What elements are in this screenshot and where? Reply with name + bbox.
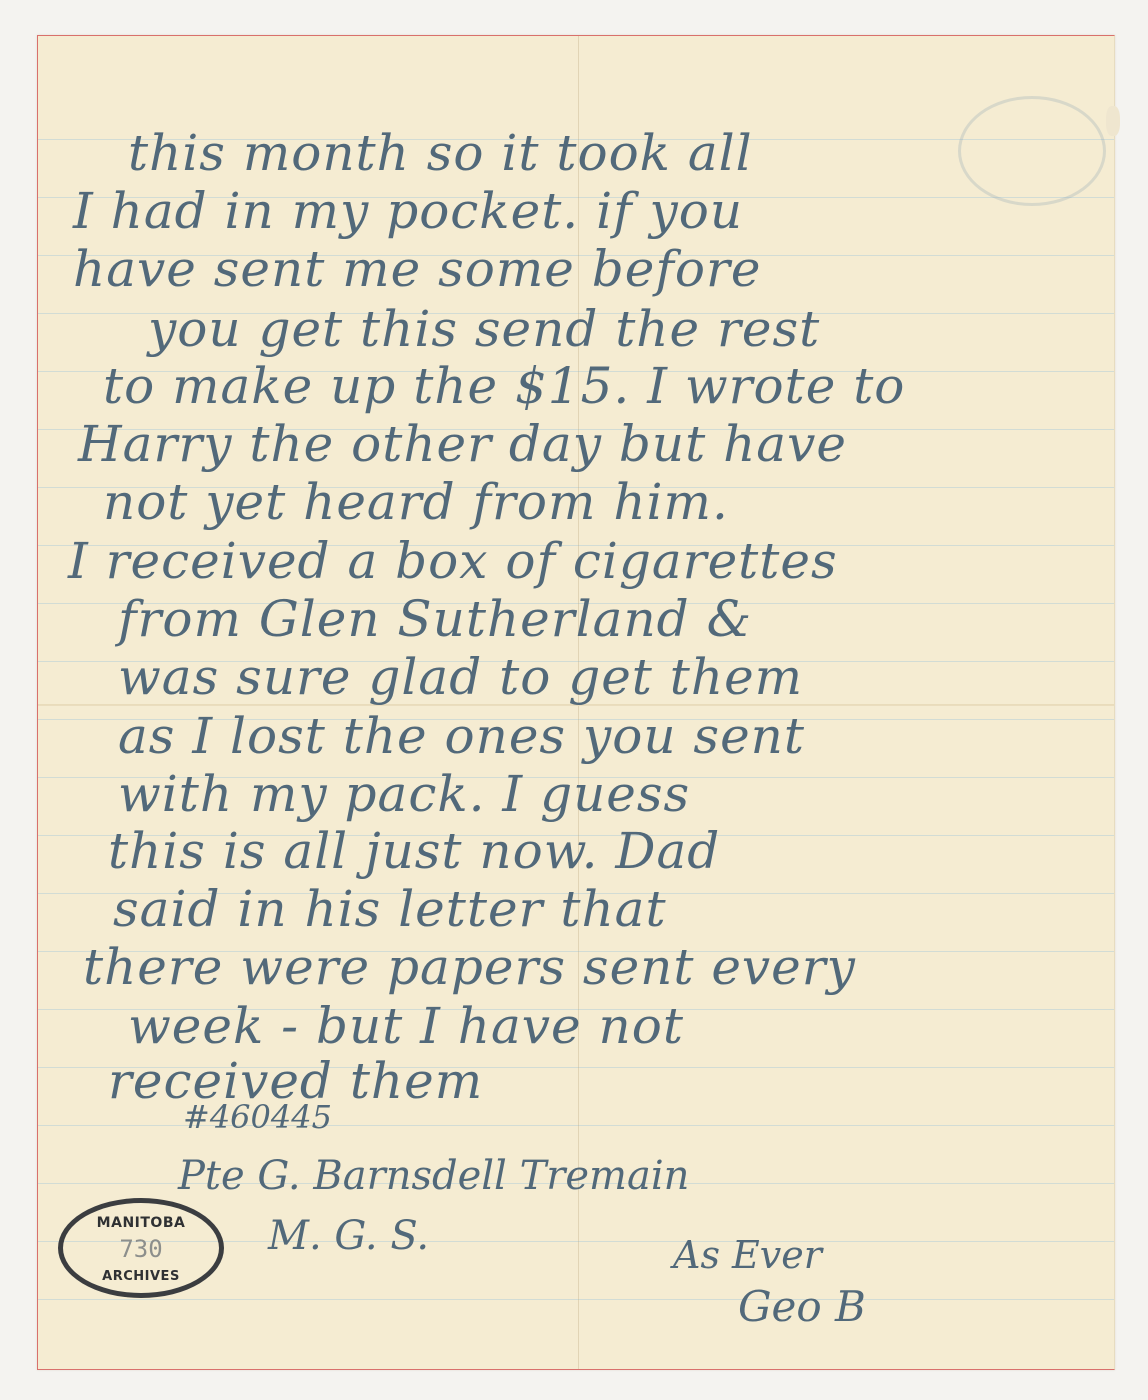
letter-line: from Glen Sutherland & — [118, 594, 752, 644]
letter-line: this is all just now. Dad — [108, 826, 720, 876]
letter-line: week - but I have not — [128, 1001, 684, 1051]
letter-line: not yet heard from him. — [103, 477, 729, 527]
letter-line: I received a box of cigarettes — [68, 536, 838, 586]
service-number: #460445 — [183, 1101, 332, 1133]
manitoba-archives-stamp: MANITOBA 730 ARCHIVES — [58, 1198, 224, 1298]
signature-name: Pte G. Barnsdell Tremain — [178, 1156, 689, 1196]
letter-line: have sent me some before — [73, 244, 761, 294]
stamp-bottom-text: ARCHIVES — [63, 1269, 219, 1284]
letter-line: this month so it took all — [128, 128, 753, 178]
unit-name: M. G. S. — [268, 1216, 429, 1256]
letter-line: there were papers sent every — [83, 942, 856, 992]
stamp-number: 730 — [63, 1235, 219, 1263]
letter-line: with my pack. I guess — [118, 769, 690, 819]
letter-line: to make up the $15. I wrote to — [103, 361, 905, 411]
letter-line: as I lost the ones you sent — [118, 711, 805, 761]
letter-line: was sure glad to get them — [118, 652, 803, 702]
signoff: Geo B — [738, 1286, 866, 1328]
bleed-through-stamp — [958, 96, 1106, 206]
torn-edge — [1106, 106, 1120, 136]
stamp-top-text: MANITOBA — [63, 1215, 219, 1231]
ruled-line — [38, 1299, 1114, 1300]
letter-line: you get this send the rest — [148, 304, 820, 354]
letter-line: Harry the other day but have — [78, 419, 847, 469]
closing: As Ever — [673, 1236, 822, 1274]
letter-line: I had in my pocket. if you — [73, 186, 743, 236]
letter-page: this month so it took all I had in my po… — [37, 35, 1115, 1370]
letter-line: said in his letter that — [113, 884, 667, 934]
